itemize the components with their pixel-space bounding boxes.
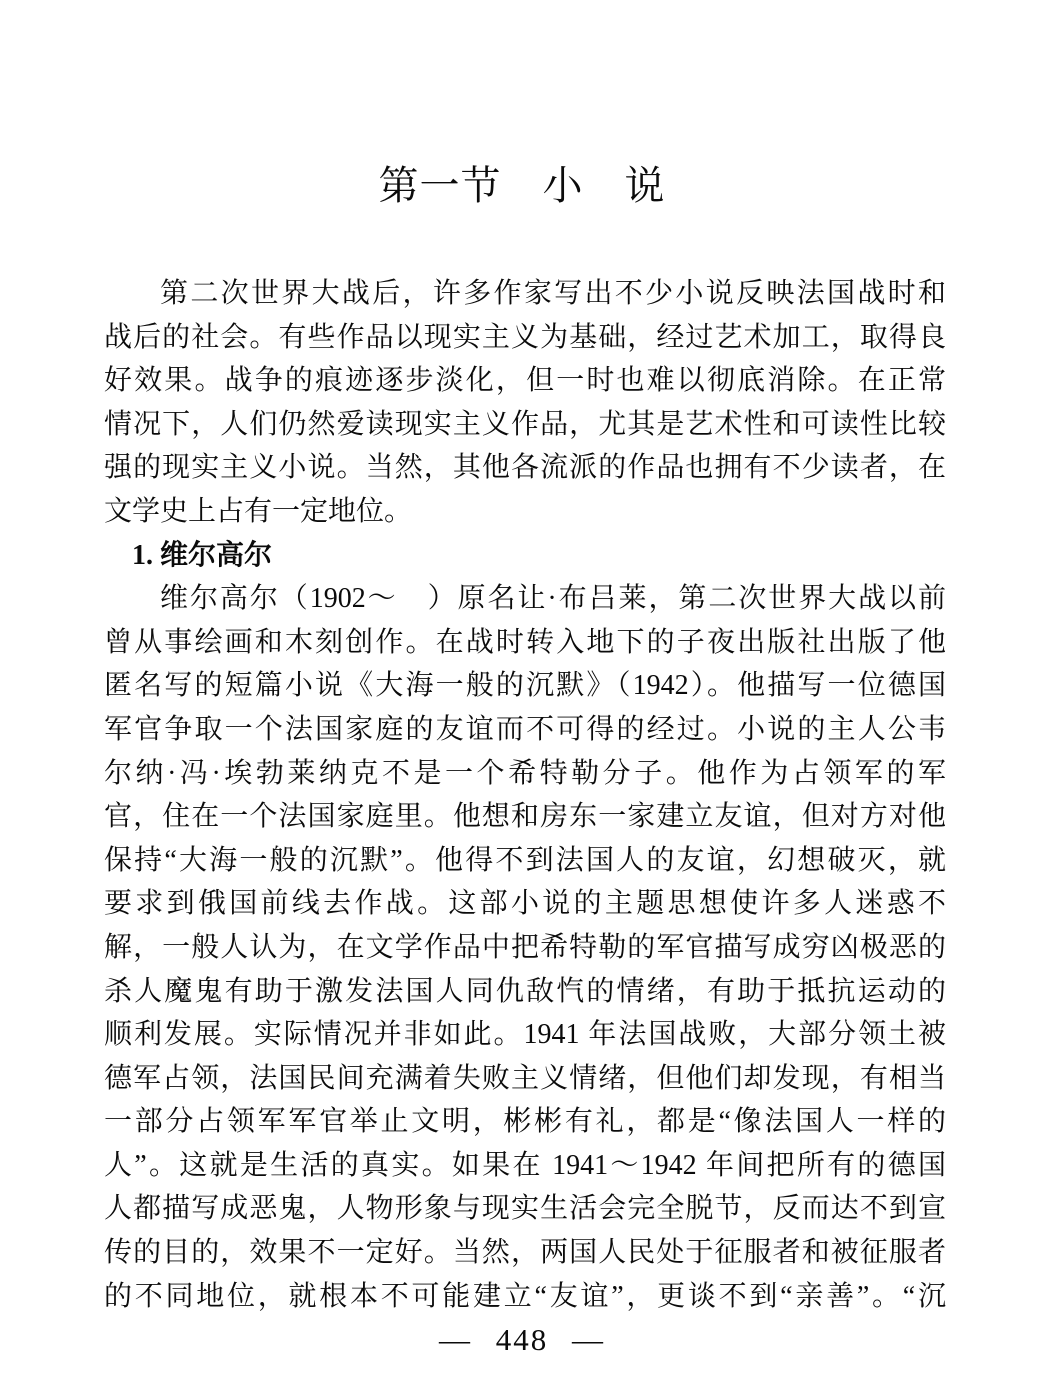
text-line: 好效果。战争的痕迹逐步淡化，但一时也难以彻底消除。在正常 <box>104 359 946 403</box>
text-line: 人都描写成恶鬼，人物形象与现实生活会完全脱节，反而达不到宣 <box>104 1187 946 1231</box>
text-line: 官，住在一个法国家庭里。他想和房东一家建立友谊，但对方对他 <box>104 795 946 839</box>
section-title: 第一节 小 说 <box>0 154 1044 211</box>
text-line: 杀人魔鬼有助于激发法国人同仇敌忾的情绪，有助于抵抗运动的 <box>104 970 946 1014</box>
text-line: 第二次世界大战后，许多作家写出不少小说反映法国战时和 <box>104 272 946 316</box>
text-line: 的不同地位，就根本不可能建立“友谊”，更谈不到“亲善”。“沉 <box>104 1275 946 1319</box>
text-line: 要求到俄国前线去作战。这部小说的主题思想使许多人迷惑不 <box>104 882 946 926</box>
page-footer: — 448 — <box>0 1322 1044 1358</box>
text-line: 人”。这就是生活的真实。如果在 1941～1942 年间把所有的德国 <box>104 1144 946 1188</box>
text-line: 文学史上占有一定地位。 <box>104 490 946 534</box>
page-body: 第二次世界大战后，许多作家写出不少小说反映法国战时和战后的社会。有些作品以现实主… <box>104 272 946 1318</box>
text-line: 军官争取一个法国家庭的友谊而不可得的经过。小说的主人公韦 <box>104 708 946 752</box>
text-line: 解，一般人认为，在文学作品中把希特勒的军官描写成穷凶极恶的 <box>104 926 946 970</box>
text-line: 强的现实主义小说。当然，其他各流派的作品也拥有不少读者，在 <box>104 446 946 490</box>
text-line: 尔纳·冯·埃勃莱纳克不是一个希特勒分子。他作为占领军的军 <box>104 752 946 796</box>
text-line: 维尔高尔（1902～ ）原名让·布吕莱，第二次世界大战以前 <box>104 577 946 621</box>
text-line: 匿名写的短篇小说《大海一般的沉默》（1942）。他描写一位德国 <box>104 664 946 708</box>
section-heading: 1. 维尔高尔 <box>104 534 946 578</box>
book-page: 第一节 小 说 第二次世界大战后，许多作家写出不少小说反映法国战时和战后的社会。… <box>0 0 1044 1397</box>
page-number: — 448 — <box>439 1322 605 1357</box>
text-line: 曾从事绘画和木刻创作。在战时转入地下的子夜出版社出版了他 <box>104 621 946 665</box>
text-line: 情况下，人们仍然爱读现实主义作品，尤其是艺术性和可读性比较 <box>104 403 946 447</box>
text-line: 传的目的，效果不一定好。当然，两国人民处于征服者和被征服者 <box>104 1231 946 1275</box>
text-line: 顺利发展。实际情况并非如此。1941 年法国战败，大部分领土被 <box>104 1013 946 1057</box>
text-line: 战后的社会。有些作品以现实主义为基础，经过艺术加工，取得良 <box>104 316 946 360</box>
text-line: 保持“大海一般的沉默”。他得不到法国人的友谊，幻想破灭，就 <box>104 839 946 883</box>
text-line: 一部分占领军军官举止文明，彬彬有礼，都是“像法国人一样的 <box>104 1100 946 1144</box>
text-line: 德军占领，法国民间充满着失败主义情绪，但他们却发现，有相当 <box>104 1057 946 1101</box>
